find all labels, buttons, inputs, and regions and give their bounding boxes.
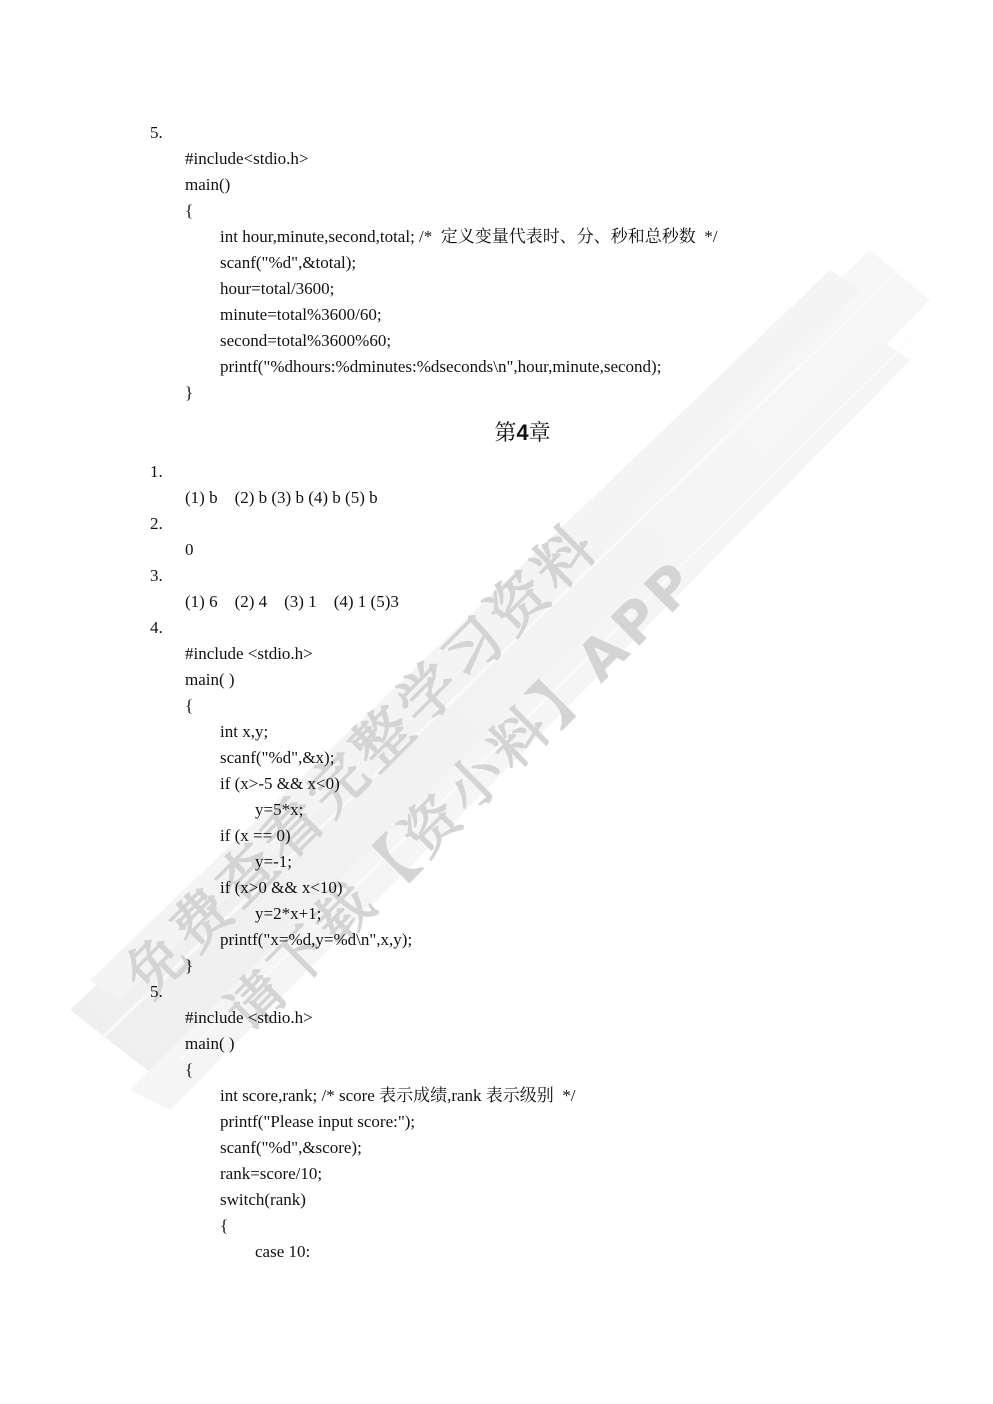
code-line: y=5*x;	[255, 800, 303, 820]
code-line: if (x>0 && x<10)	[220, 878, 343, 898]
code-line: hour=total/3600;	[220, 279, 334, 299]
code-line: rank=score/10;	[220, 1164, 322, 1184]
answer-line: (1) 6 (2) 4 (3) 1 (4) 1 (5)3	[185, 592, 399, 612]
question-number: 3.	[150, 566, 163, 586]
code-line: #include <stdio.h>	[185, 1008, 313, 1028]
chapter-prefix: 第	[494, 420, 516, 445]
code-line: main( )	[185, 1034, 235, 1054]
code-line: #include<stdio.h>	[185, 149, 309, 169]
code-line: scanf("%d",&total);	[220, 253, 356, 273]
code-line: {	[220, 1216, 228, 1236]
question-number: 5.	[150, 982, 163, 1002]
code-line: int x,y;	[220, 722, 268, 742]
code-line: int hour,minute,second,total; /* 定义变量代表时…	[220, 227, 717, 247]
code-line: main()	[185, 175, 230, 195]
code-line: second=total%3600%60;	[220, 331, 391, 351]
code-line: #include <stdio.h>	[185, 644, 313, 664]
code-line: scanf("%d",&x);	[220, 748, 334, 768]
code-line: y=-1;	[255, 852, 292, 872]
chapter-suffix: 章	[529, 420, 551, 445]
code-line: case 10:	[255, 1242, 310, 1262]
code-line: {	[185, 1060, 193, 1080]
code-line: switch(rank)	[220, 1190, 306, 1210]
code-line: }	[185, 956, 193, 976]
chapter-number: 4	[516, 420, 528, 445]
code-line: scanf("%d",&score);	[220, 1138, 362, 1158]
code-line: if (x == 0)	[220, 826, 291, 846]
question-number: 5.	[150, 123, 163, 143]
answer-line: 0	[185, 540, 194, 560]
code-line: printf("x=%d,y=%d\n",x,y);	[220, 930, 412, 950]
answer-line: (1) b (2) b (3) b (4) b (5) b	[185, 488, 378, 508]
code-line: main( )	[185, 670, 235, 690]
document-page: 5.#include<stdio.h>main(){int hour,minut…	[0, 0, 993, 1404]
code-line: minute=total%3600/60;	[220, 305, 382, 325]
question-number: 4.	[150, 618, 163, 638]
question-number: 2.	[150, 514, 163, 534]
code-line: printf("Please input score:");	[220, 1112, 415, 1132]
code-line: int score,rank; /* score 表示成绩,rank 表示级别 …	[220, 1086, 576, 1106]
chapter-heading: 第4章	[0, 420, 993, 446]
code-line: printf("%dhours:%dminutes:%dseconds\n",h…	[220, 357, 661, 377]
code-line: {	[185, 696, 193, 716]
question-number: 1.	[150, 462, 163, 482]
code-line: if (x>-5 && x<0)	[220, 774, 340, 794]
code-line: {	[185, 201, 193, 221]
code-line: }	[185, 383, 193, 403]
code-line: y=2*x+1;	[255, 904, 321, 924]
